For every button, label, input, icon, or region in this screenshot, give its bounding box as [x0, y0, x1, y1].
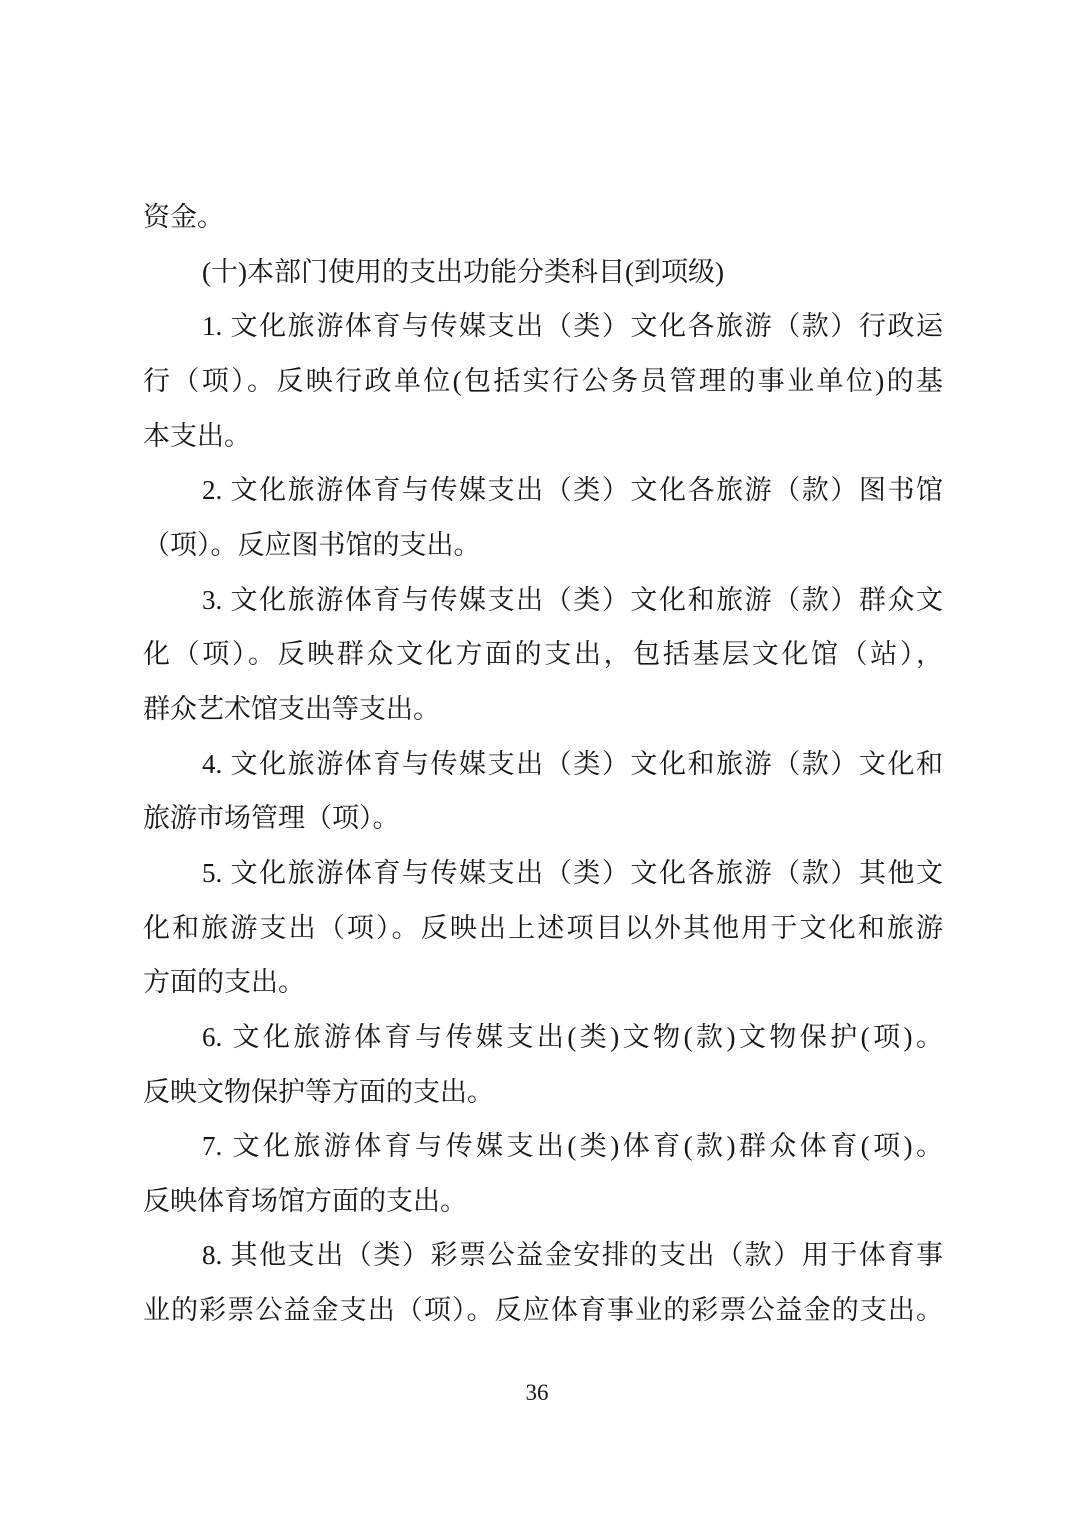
text-line: 资金。: [143, 190, 943, 245]
text-line: 7. 文化旅游体育与传媒支出(类)体育(款)群众体育(项)。: [143, 1119, 943, 1174]
document-page: 资金。 (十)本部门使用的支出功能分类科目(到项级) 1. 文化旅游体育与传媒支…: [0, 0, 1074, 1520]
text-line: 行（项）。反映行政单位(包括实行公务员管理的事业单位)的基: [143, 354, 943, 409]
text-block: 资金。 (十)本部门使用的支出功能分类科目(到项级) 1. 文化旅游体育与传媒支…: [143, 190, 943, 1338]
text-line: 旅游市场管理（项）。: [143, 791, 943, 846]
text-line: 4. 文化旅游体育与传媒支出（类）文化和旅游（款）文化和: [143, 737, 943, 792]
text-line: （项）。反应图书馆的支出。: [143, 518, 943, 573]
text-line: 8. 其他支出（类）彩票公益金安排的支出（款）用于体育事: [143, 1228, 943, 1283]
text-line: 化（项）。反映群众文化方面的支出，包括基层文化馆（站），: [143, 627, 943, 682]
text-line: 本支出。: [143, 409, 943, 464]
text-line: 1. 文化旅游体育与传媒支出（类）文化各旅游（款）行政运: [143, 299, 943, 354]
text-line: 反映体育场馆方面的支出。: [143, 1174, 943, 1229]
text-line: 5. 文化旅游体育与传媒支出（类）文化各旅游（款）其他文: [143, 846, 943, 901]
text-line: 6. 文化旅游体育与传媒支出(类)文物(款)文物保护(项)。: [143, 1010, 943, 1065]
text-line: 反映文物保护等方面的支出。: [143, 1065, 943, 1120]
text-line: 业的彩票公益金支出（项）。反应体育事业的彩票公益金的支出。: [143, 1283, 943, 1338]
text-line: 群众艺术馆支出等支出。: [143, 682, 943, 737]
text-line: 化和旅游支出（项）。反映出上述项目以外其他用于文化和旅游: [143, 901, 943, 956]
text-line: 3. 文化旅游体育与传媒支出（类）文化和旅游（款）群众文: [143, 573, 943, 628]
text-line: 方面的支出。: [143, 955, 943, 1010]
text-line: 2. 文化旅游体育与传媒支出（类）文化各旅游（款）图书馆: [143, 463, 943, 518]
section-heading: (十)本部门使用的支出功能分类科目(到项级): [143, 245, 943, 300]
page-number: 36: [0, 1378, 1074, 1408]
